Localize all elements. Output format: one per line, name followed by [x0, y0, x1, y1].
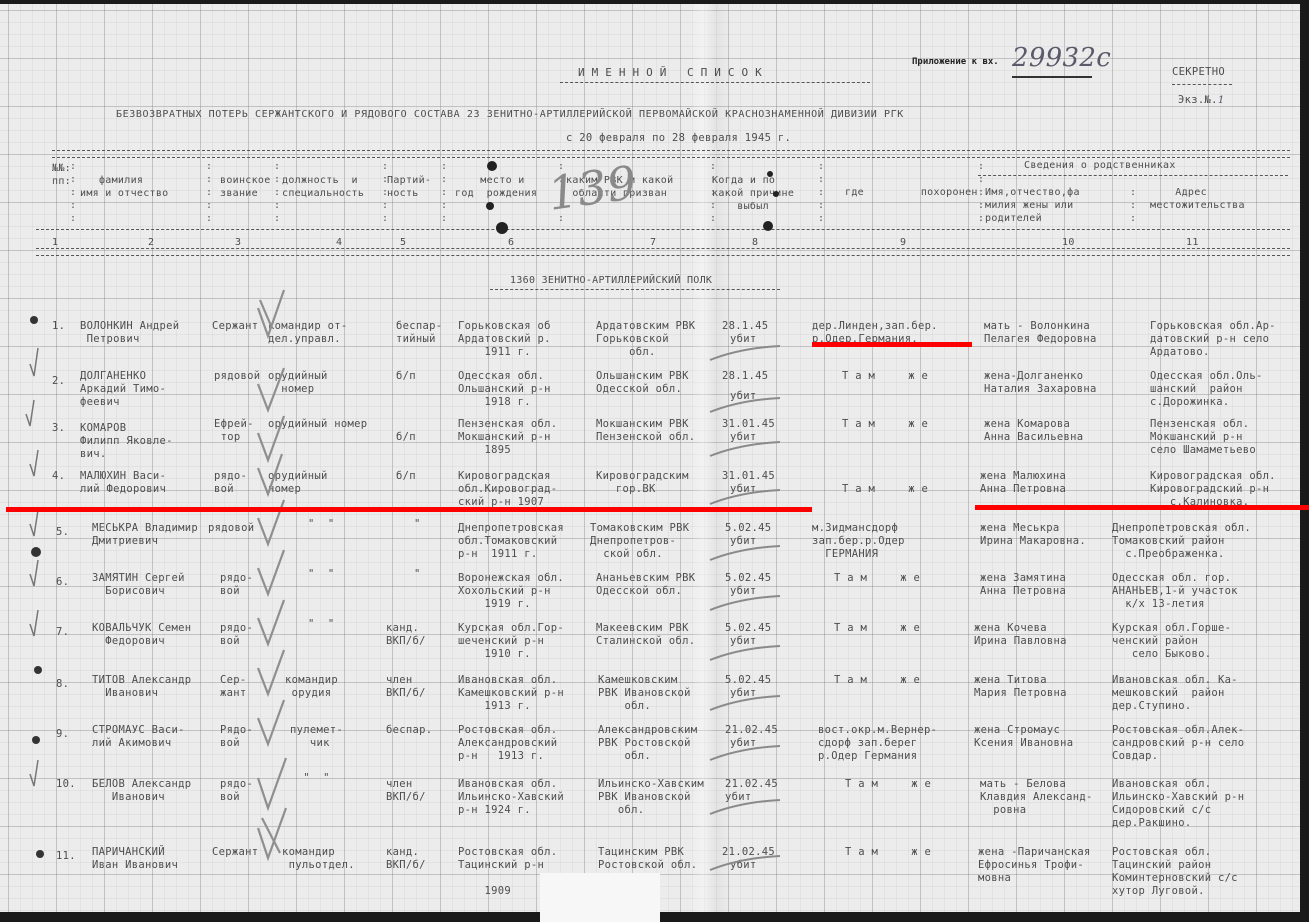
party: член ВКП/б/ — [386, 778, 426, 804]
full-name: МАЛЮХИН Васи- лий Федорович — [80, 470, 166, 496]
col-10-header: Имя,отчество,фа милия жены или родителей — [985, 186, 1080, 225]
incoming-number: 29932с — [1012, 44, 1111, 72]
document-title: ИМЕННОЙ СПИСОК — [578, 66, 769, 79]
copy-label: Экз.№.1 — [1178, 94, 1225, 107]
col-separator: : : : : : — [978, 160, 984, 225]
position: " " — [308, 568, 335, 581]
position: " " — [308, 518, 335, 531]
relative-name: жена-Долганенко Наталия Захаровна — [984, 370, 1097, 396]
relatives-group-rule — [978, 175, 1288, 176]
sheet-number-handwritten: 139 — [545, 158, 640, 218]
red-underline-left — [6, 507, 812, 512]
burial-place: Т а м ж е — [834, 622, 920, 635]
header-top-rule — [52, 150, 1290, 158]
pencil-strokes — [700, 324, 790, 884]
relative-address: Горьковская обл.Ар- датовский р-н село А… — [1150, 320, 1276, 359]
party: б/п — [396, 470, 416, 483]
party: беспар- тийный — [396, 320, 442, 346]
copy-label-text: Экз.№. — [1178, 94, 1218, 106]
military-rank: рядо- вой — [220, 622, 253, 648]
relative-address: Курская обл.Горше- ченский район село Бы… — [1112, 622, 1231, 661]
party: б/п — [396, 370, 416, 383]
military-rank: рядо- вой — [220, 572, 253, 598]
military-rank: Сер- жант — [220, 674, 247, 700]
relative-name: жена Меськра Ирина Макаровна. — [980, 522, 1086, 548]
full-name: ПАРИЧАНСКИЙ Иван Иванович — [92, 846, 178, 872]
full-name: ТИТОВ Александр Иванович — [92, 674, 191, 700]
military-rank: рядо- вой — [220, 778, 253, 804]
draft-office: Александровским РВК Ростовской обл. — [598, 724, 697, 763]
relative-name: мать - Белова Клавдия Александ- ровна — [980, 778, 1093, 817]
col-1-header: №№: пп: — [52, 162, 71, 188]
draft-office: Тацинским РВК Ростовской обл. — [598, 846, 697, 872]
party: б/п — [396, 431, 416, 444]
relative-address: Одесская обл. гор. АНАНЬЕВ,1-й участок к… — [1112, 572, 1238, 611]
party: " — [414, 568, 421, 581]
title-underline — [560, 82, 870, 83]
birth-place-year: Воронежская обл. Хохольский р-н 1919 г. — [458, 572, 564, 611]
party: канд. ВКП/б/ — [386, 846, 426, 872]
red-underline-right — [975, 505, 1309, 510]
burial-place: Т а м ж е — [842, 483, 928, 496]
full-name: БЕЛОВ Александр Иванович — [92, 778, 191, 804]
draft-office: Ольшанским РВК Одесской обл. — [596, 370, 689, 396]
relative-address: Пензенская обл. Мокшанский р-н село Шама… — [1150, 418, 1256, 457]
relative-address: Одесская обл.Оль- шанский район с.Дорожи… — [1150, 370, 1263, 409]
military-rank: Ефрей- тор — [214, 418, 254, 444]
military-rank: рядо- вой — [214, 470, 247, 496]
col-separator: : : : : : — [710, 160, 716, 225]
col-separator: : : : : : — [818, 160, 824, 225]
draft-office: Ардатовским РВК Горьковской обл. — [596, 320, 695, 359]
copy-number: 1 — [1218, 94, 1225, 106]
relatives-group-header: Сведения о родственниках — [1024, 159, 1176, 172]
col-separator: : : : : : — [70, 160, 76, 225]
report-period: с 20 февраля по 28 февраля 1945 г. — [566, 132, 791, 145]
relative-name: жена -Паричанская Ефросинья Трофи- мовна — [978, 846, 1091, 885]
full-name: КОВАЛЬЧУК Семен Федорович — [92, 622, 191, 648]
full-name: КОМАРОВ Филипп Яковле- вич. — [80, 422, 173, 461]
relative-address: Днепропетровская обл. Томаковский район … — [1112, 522, 1251, 561]
secret-label: СЕКРЕТНО — [1172, 66, 1225, 79]
military-rank: рядовой — [208, 522, 254, 535]
col-3-header: воинское звание — [220, 174, 271, 200]
birth-place-year: Горьковская об Ардатовский р. 1911 г. — [458, 320, 551, 359]
relative-address: Ростовская обл. Тацинский район Коминтер… — [1112, 846, 1238, 898]
draft-office: Макеевским РВК Сталинской обл. — [596, 622, 695, 648]
red-underline-burial — [812, 342, 972, 347]
birth-place-year: Кировоградская обл.Кировоград- ский р-н … — [458, 470, 557, 509]
header-mid-rule — [36, 229, 1290, 230]
draft-office: Камешковским РВК Ивановской обл. — [598, 674, 691, 713]
birth-place-year: Ростовская обл. Александровский р-н 1913… — [458, 724, 557, 763]
birth-place-year: Курская обл.Гор- шеченский р-н 1910 г. — [458, 622, 564, 661]
full-name: ЗАМЯТИН Сергей Борисович — [92, 572, 185, 598]
full-name: ВОЛОНКИН Андрей Петрович — [80, 320, 179, 346]
relative-address: Ивановская обл. Ка- мешковский район дер… — [1112, 674, 1238, 713]
document-page: ИМЕННОЙ СПИСОК Приложение к вх. 29932с С… — [0, 4, 1300, 912]
col-2-header: фамилия имя и отчество — [80, 174, 169, 200]
document-subtitle: БЕЗВОЗВРАТНЫХ ПОТЕРЬ СЕРЖАНТСКОГО И РЯДО… — [116, 108, 904, 121]
full-name: МЕСЬКРА Владимир Дмитриевич — [92, 522, 198, 548]
col-separator: : : : : : — [441, 160, 447, 225]
col-separator: : : : : : — [382, 160, 388, 225]
col-separator: : : : : : — [206, 160, 212, 225]
relative-name: жена Малюхина Анна Петровна — [980, 470, 1066, 496]
draft-office: Ананьевским РВК Одесской обл. — [596, 572, 695, 598]
draft-office: Ильинско-Хавским РВК Ивановской обл. — [598, 778, 704, 817]
party: член ВКП/б/ — [386, 674, 426, 700]
draft-office: Мокшанским РВК Пензенской обл. — [596, 418, 695, 444]
margin-tick-marks — [20, 284, 60, 884]
burial-place: Т а м ж е — [834, 674, 920, 687]
burial-place: вост.окр.м.Вернер- сдорф зап.берег р.Оде… — [818, 724, 937, 763]
header-bottom-rule — [36, 248, 1290, 256]
party: беспар. — [386, 724, 432, 737]
paper-tear — [540, 873, 660, 922]
party: " — [414, 518, 421, 531]
burial-place: Т а м ж е — [834, 572, 920, 585]
relative-address: Ростовская обл.Алек- сандровский р-н сел… — [1112, 724, 1244, 763]
col-9-header: где похоронен — [845, 186, 978, 199]
relative-name: жена Титова Мария Петровна — [974, 674, 1067, 700]
position: " " — [308, 618, 335, 631]
birth-place-year: Пензенская обл. Мокшанский р-н 1895 — [458, 418, 557, 457]
stamp-underline — [1012, 76, 1092, 78]
relative-address: Кировоградская обл. Кировоградский р-н с… — [1150, 470, 1276, 509]
ink-blots — [760, 164, 800, 244]
secret-underline — [1172, 84, 1232, 85]
unit-heading-rule — [490, 289, 780, 290]
full-name: СТРОМАУС Васи- лий Акимович — [92, 724, 185, 750]
ink-blots — [480, 154, 520, 244]
burial-place: Т а м ж е — [842, 418, 928, 431]
relative-address: Ивановская обл. Ильинско-Хавский р-н Сид… — [1112, 778, 1244, 830]
relative-name: жена Комарова Анна Васильевна — [984, 418, 1083, 444]
draft-office: Кировоградским гор.ВК — [596, 470, 689, 496]
relative-name: жена Кочева Ирина Павловна — [974, 622, 1067, 648]
col-separator: : : : : : — [274, 160, 280, 225]
relative-name: жена Стромаус Ксения Ивановна — [974, 724, 1073, 750]
burial-place: Т а м ж е — [845, 846, 931, 859]
birth-place-year: Одесская обл. Ольшанский р-н 1918 г. — [458, 370, 551, 409]
draft-office: Томаковским РВК Днепропетров- ской обл. — [590, 522, 689, 561]
unit-heading: 1360 ЗЕНИТНО-АРТИЛЛЕРИЙСКИЙ ПОЛК — [510, 274, 712, 287]
incoming-stamp-label: Приложение к вх. — [912, 56, 999, 69]
birth-place-year: Ивановская обл. Ильинско-Хавский р-н 192… — [458, 778, 564, 817]
pencil-check-marks — [250, 288, 300, 908]
party: канд. ВКП/б/ — [386, 622, 426, 648]
birth-place-year: Днепропетровская обл.Томаковский р-н 191… — [458, 522, 564, 561]
burial-place: м.Зидмансдорф зап.бер.р.Одер ГЕРМАНИЯ — [812, 522, 905, 561]
birth-place-year: Ивановская обл. Камешковский р-н 1913 г. — [458, 674, 564, 713]
col-5-header: Партий- ность — [387, 174, 431, 200]
col-separator: : : : — [1130, 186, 1136, 225]
military-rank: Рядо- вой — [220, 724, 253, 750]
relative-name: жена Замятина Анна Петровна — [980, 572, 1066, 598]
burial-place: Т а м ж е — [845, 778, 931, 791]
relative-name: мать - Волонкина Пелагея Федоровна — [984, 320, 1097, 346]
col-4-header: должность и специальность — [282, 174, 364, 200]
burial-place: Т а м ж е — [842, 370, 928, 383]
col-11-header: Адрес местожительства — [1150, 186, 1245, 212]
full-name: ДОЛГАНЕНКО Аркадий Тимо- феевич — [80, 370, 166, 409]
